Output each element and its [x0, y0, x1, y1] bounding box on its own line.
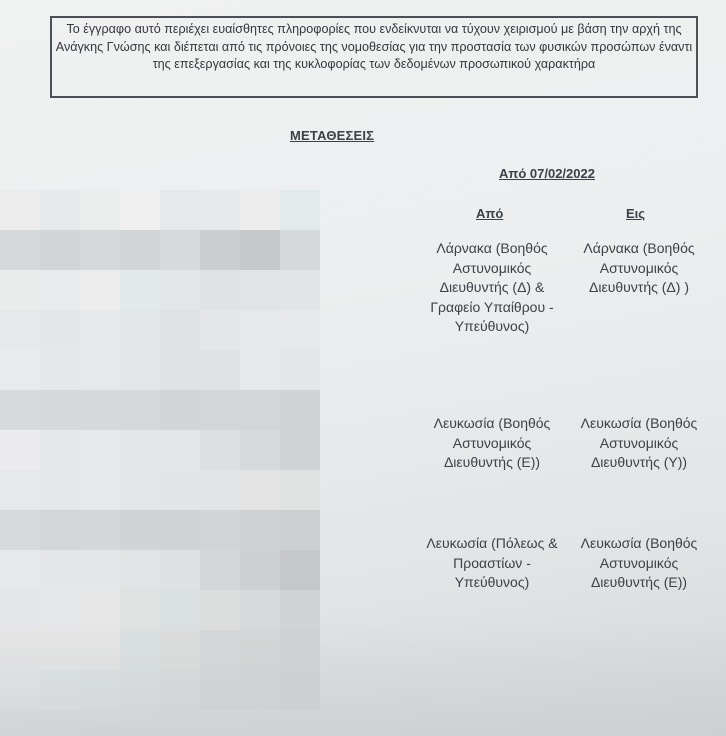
transfer-2-from: Λευκωσία (Βοηθός Αστυνομικός Διευθυντής … — [417, 414, 567, 473]
confidentiality-notice: Το έγγραφο αυτό περιέχει ευαίσθητες πληρ… — [50, 16, 698, 98]
page-title: ΜΕΤΑΘΕΣΕΙΣ — [290, 128, 374, 143]
transfer-1-from: Λάρνακα (Βοηθός Αστυνομικός Διευθυντής (… — [417, 239, 567, 337]
transfer-2-to: Λευκωσία (Βοηθός Αστυνομικός Διευθυντής … — [564, 414, 714, 473]
column-header-to: Εις — [626, 206, 645, 221]
effective-date: Από 07/02/2022 — [499, 166, 595, 181]
transfer-3-from: Λευκωσία (Πόλεως & Προαστίων - Υπεύθυνος… — [417, 534, 567, 593]
transfer-1-to: Λάρνακα (Βοηθός Αστυνομικός Διευθυντής (… — [564, 239, 714, 298]
transfer-3-to: Λευκωσία (Βοηθός Αστυνομικός Διευθυντής … — [564, 534, 714, 593]
column-header-from: Από — [476, 206, 503, 221]
confidentiality-notice-text: Το έγγραφο αυτό περιέχει ευαίσθητες πληρ… — [56, 22, 692, 71]
redacted-names-pixelation — [0, 190, 320, 710]
